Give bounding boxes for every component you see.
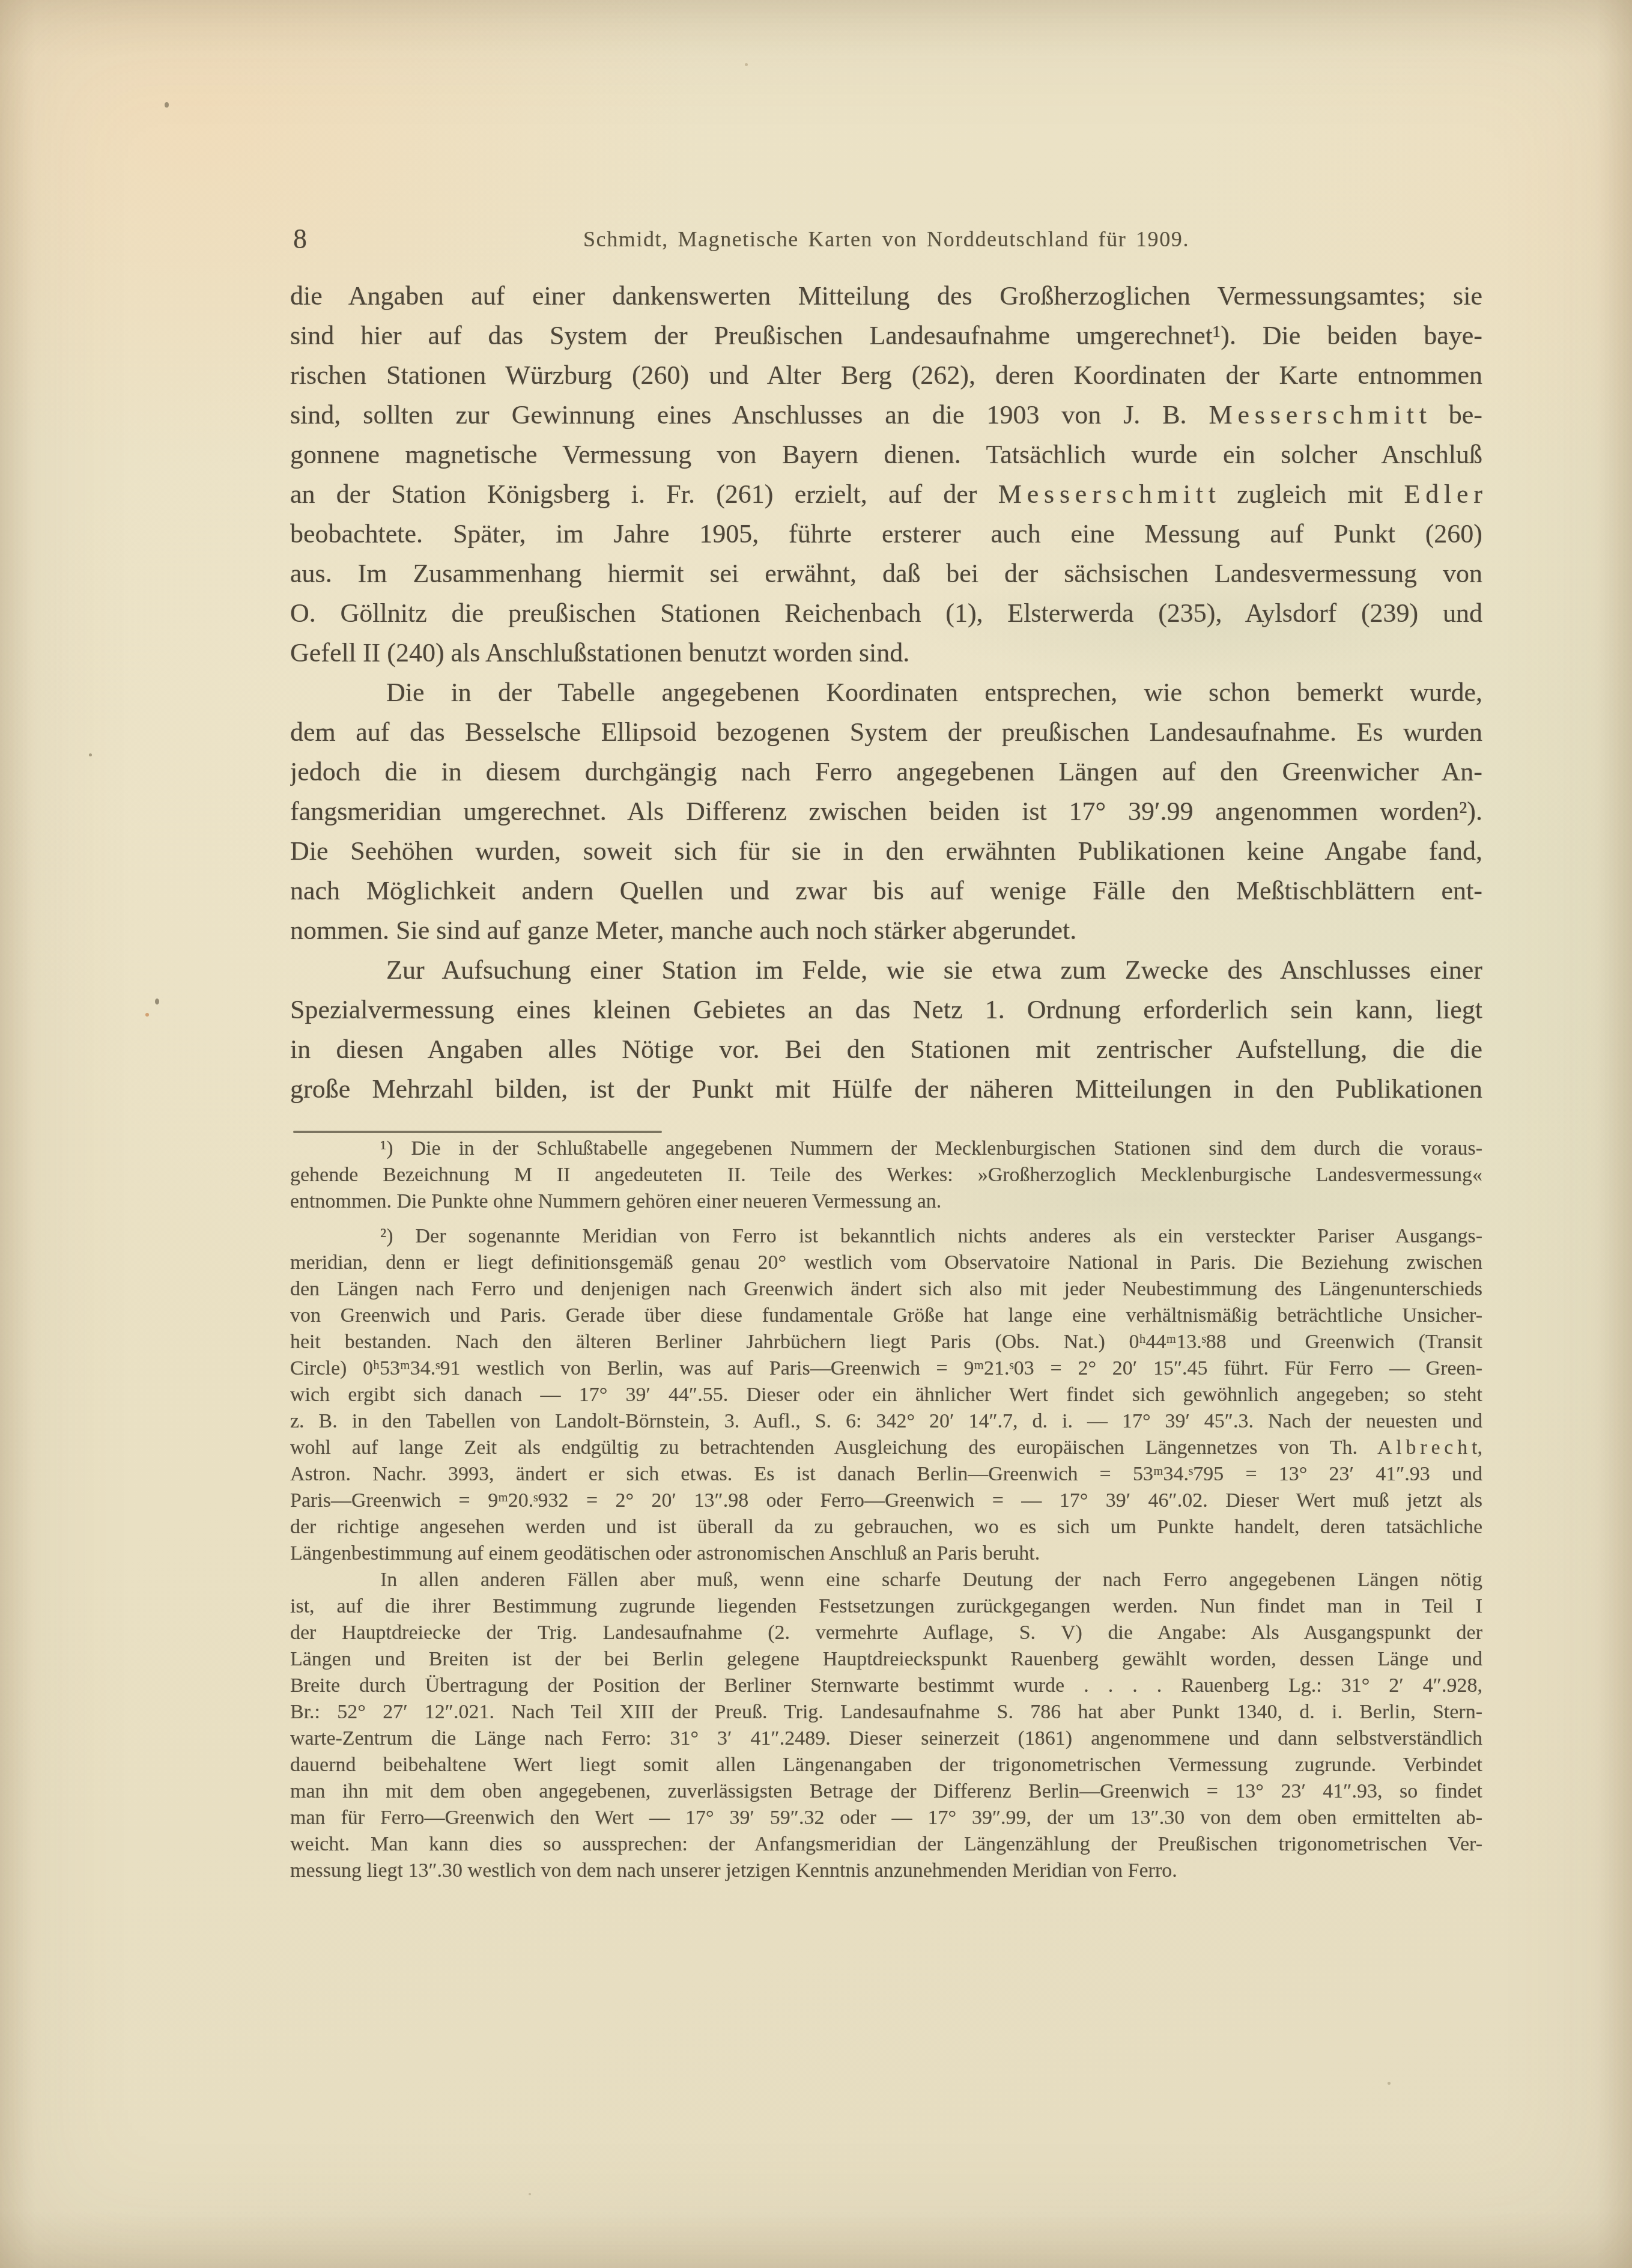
text-line: gehende Bezeichnung M II angedeuteten II… (290, 1162, 1482, 1188)
text-line: Circle) 0ʰ53ᵐ34.ˢ91 westlich von Berlin,… (290, 1355, 1482, 1382)
text-line: dauernd beibehaltene Wert liegt somit al… (290, 1752, 1482, 1778)
text-line: große Mehrzahl bilden, ist der Punkt mit… (290, 1069, 1482, 1109)
paper-speck (145, 1013, 149, 1017)
running-header: Schmidt, Magnetische Karten von Norddeut… (290, 225, 1482, 254)
paper-speck (89, 753, 92, 756)
text-line: Längen und Breiten ist der bei Berlin ge… (290, 1646, 1482, 1673)
paper-speck (1388, 2082, 1391, 2085)
text-line: rischen Stationen Würzburg (260) und Alt… (290, 356, 1482, 395)
footnotes: ¹) Die in der Schlußtabelle angegebenen … (290, 1136, 1482, 1884)
page-number: 8 (293, 225, 307, 254)
text-line: Br.: 52° 27′ 12″.021. Nach Teil XIII der… (290, 1699, 1482, 1725)
text-line: Die in der Tabelle angegebenen Koordinat… (290, 673, 1482, 713)
text-line: man ihn mit dem oben angegebenen, zuverl… (290, 1778, 1482, 1805)
footnote-separator-rule (293, 1131, 662, 1133)
text-line: gonnene magnetische Vermessung von Bayer… (290, 435, 1482, 475)
footnote-2: ²) Der sogenannte Meridian von Ferro ist… (290, 1223, 1482, 1567)
text-line: Breite durch Übertragung der Position de… (290, 1673, 1482, 1699)
text-line: der Hauptdreiecke der Trig. Landesaufnah… (290, 1620, 1482, 1646)
text-line: ¹) Die in der Schlußtabelle angegebenen … (290, 1136, 1482, 1162)
text-line: wich ergibt sich danach — 17° 39′ 44″.55… (290, 1382, 1482, 1408)
text-line: jedoch die in diesem durchgängig nach Fe… (290, 752, 1482, 792)
text-line: sind hier auf das System der Preußischen… (290, 316, 1482, 356)
text-line: messung liegt 13″.30 westlich von dem na… (290, 1858, 1482, 1884)
paper-speck (529, 2193, 531, 2195)
text-line: In allen anderen Fällen aber muß, wenn e… (290, 1567, 1482, 1593)
text-line: sind, sollten zur Gewinnung eines Anschl… (290, 395, 1482, 435)
text-line: fangsmeridian umgerechnet. Als Differenz… (290, 792, 1482, 831)
text-line: von Greenwich und Paris. Gerade über die… (290, 1303, 1482, 1329)
text-line: heit bestanden. Nach den älteren Berline… (290, 1329, 1482, 1355)
text-line: ist, auf die ihrer Bestimmung zugrunde l… (290, 1593, 1482, 1620)
text-line: Paris—Greenwich = 9ᵐ20.ˢ932 = 2° 20′ 13″… (290, 1488, 1482, 1514)
text-line: weicht. Man kann dies so aussprechen: de… (290, 1831, 1482, 1858)
text-line: Zur Aufsuchung einer Station im Felde, w… (290, 950, 1482, 990)
paragraph-1: die Angaben auf einer dankenswerten Mitt… (290, 276, 1482, 673)
text-line: Gefell II (240) als Anschlußstationen be… (290, 633, 1482, 673)
paper-speck (745, 63, 748, 66)
text-line: ²) Der sogenannte Meridian von Ferro ist… (290, 1223, 1482, 1250)
text-line: meridian, denn er liegt definitionsgemäß… (290, 1250, 1482, 1276)
text-line: Die Seehöhen wurden, soweit sich für sie… (290, 831, 1482, 871)
text-line: Spezialvermessung eines kleinen Gebietes… (290, 990, 1482, 1030)
text-line: aus. Im Zusammenhang hiermit sei erwähnt… (290, 554, 1482, 594)
text-line: man für Ferro—Greenwich den Wert — 17° 3… (290, 1805, 1482, 1831)
paper-speck (155, 999, 159, 1005)
text-line: dem auf das Besselsche Ellipsoid bezogen… (290, 713, 1482, 752)
text-line: beobachtete. Später, im Jahre 1905, führ… (290, 514, 1482, 554)
text-line: warte-Zentrum die Länge nach Ferro: 31° … (290, 1725, 1482, 1752)
footnote-2-continued: In allen anderen Fällen aber muß, wenn e… (290, 1567, 1482, 1884)
paragraph-3: Zur Aufsuchung einer Station im Felde, w… (290, 950, 1482, 1109)
scanned-page: 8 Schmidt, Magnetische Karten von Nordde… (0, 0, 1632, 2268)
text-line: in diesen Angaben alles Nötige vor. Bei … (290, 1030, 1482, 1069)
text-line: z. B. in den Tabellen von Landolt-Börnst… (290, 1408, 1482, 1435)
text-line: an der Station Königsberg i. Fr. (261) e… (290, 475, 1482, 514)
paragraph-2: Die in der Tabelle angegebenen Koordinat… (290, 673, 1482, 950)
text-line: Astron. Nachr. 3993, ändert er sich etwa… (290, 1461, 1482, 1488)
paper-speck (165, 102, 169, 108)
text-line: Längenbestimmung auf einem geodätischen … (290, 1540, 1482, 1567)
page-header: 8 Schmidt, Magnetische Karten von Nordde… (290, 225, 1482, 254)
footnote-1: ¹) Die in der Schlußtabelle angegebenen … (290, 1136, 1482, 1215)
text-line: entnommen. Die Punkte ohne Nummern gehör… (290, 1188, 1482, 1215)
text-line: O. Göllnitz die preußischen Stationen Re… (290, 594, 1482, 633)
body-text: die Angaben auf einer dankenswerten Mitt… (290, 276, 1482, 1109)
text-line: wohl auf lange Zeit als endgültig zu bet… (290, 1435, 1482, 1461)
text-line: nach Möglichkeit andern Quellen und zwar… (290, 871, 1482, 911)
text-line: nommen. Sie sind auf ganze Meter, manche… (290, 911, 1482, 950)
text-line: den Längen nach Ferro und denjenigen nac… (290, 1276, 1482, 1303)
text-line: der richtige angesehen werden und ist üb… (290, 1514, 1482, 1540)
text-line: die Angaben auf einer dankenswerten Mitt… (290, 276, 1482, 316)
